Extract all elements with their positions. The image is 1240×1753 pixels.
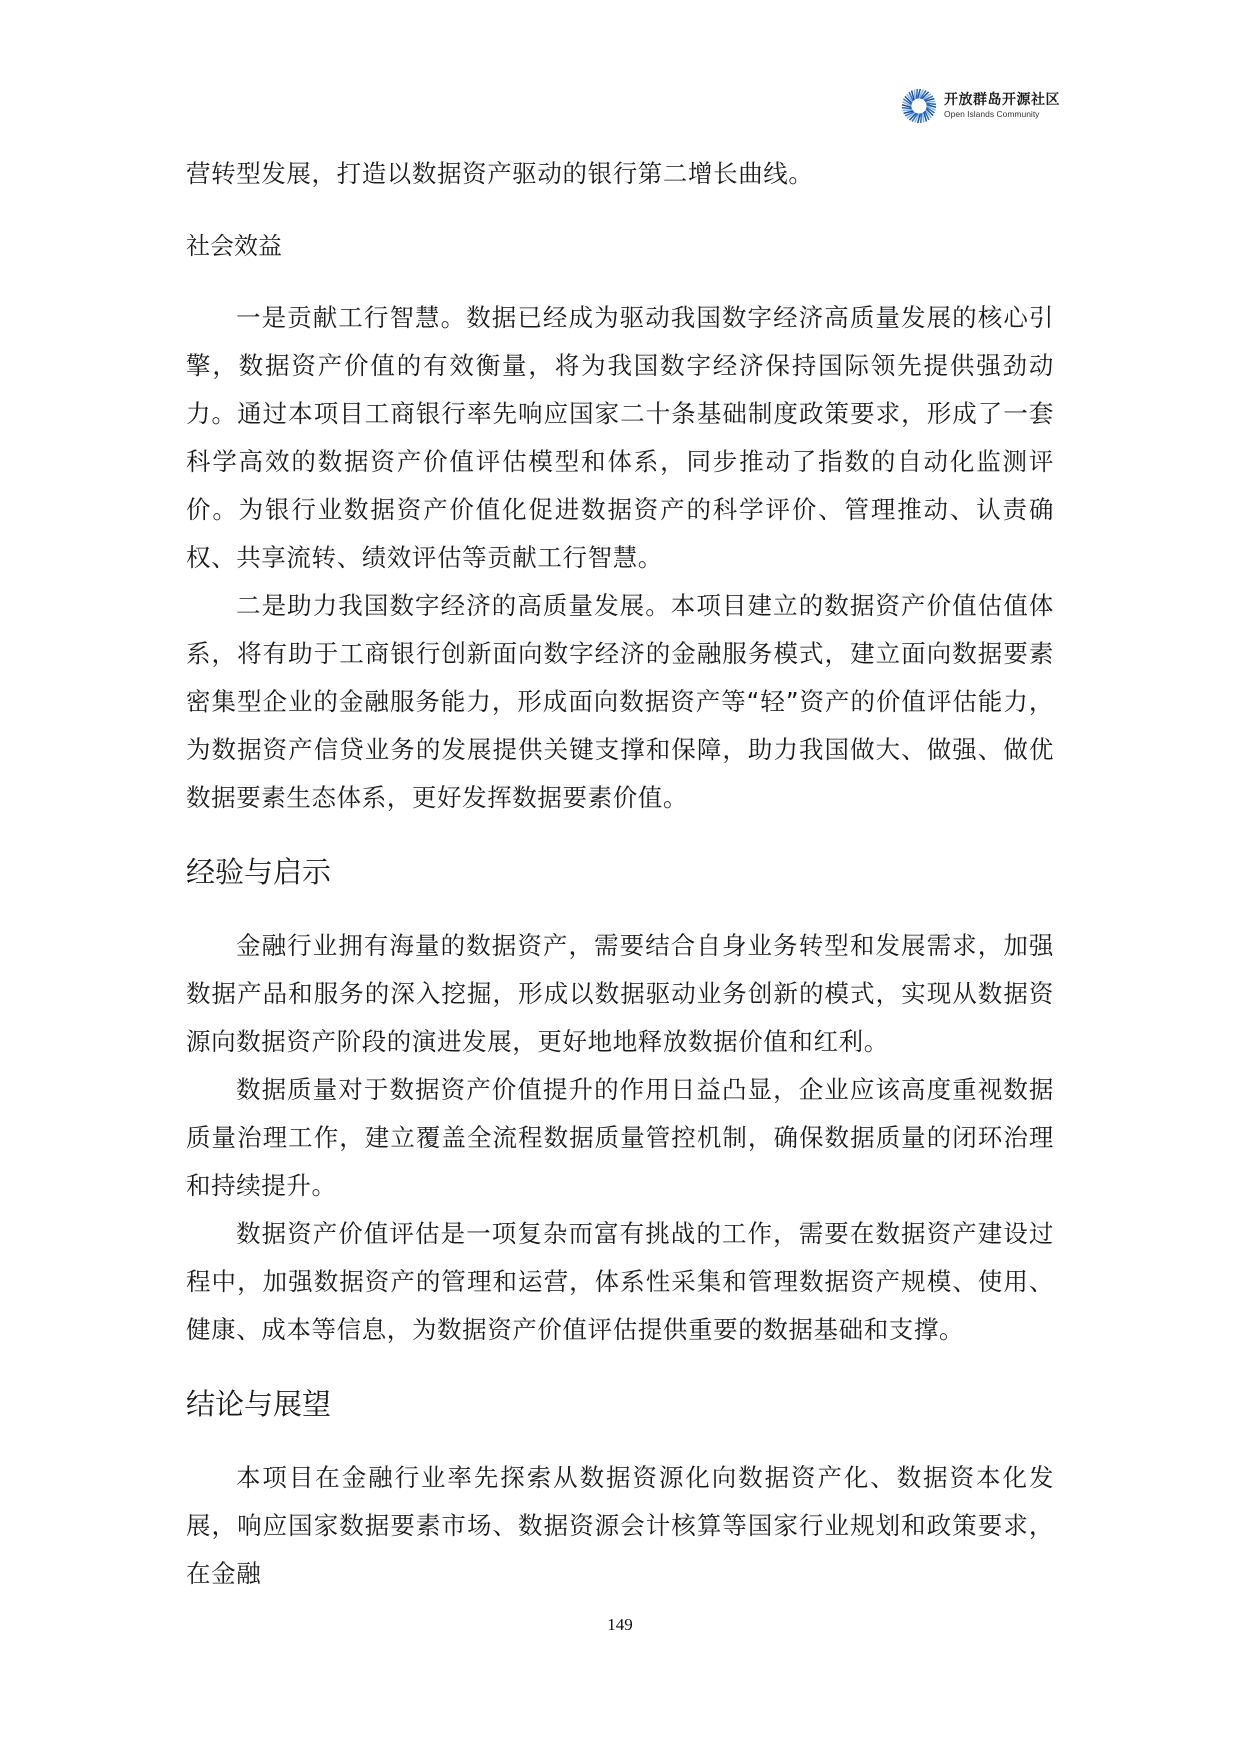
paragraph-financial-industry: 金融行业拥有海量的数据资产，需要结合自身业务转型和发展需求，加强数据产品和服务的… — [186, 922, 1054, 1066]
paragraph-continued: 营转型发展，打造以数据资产驱动的银行第二增长曲线。 — [186, 150, 1054, 198]
paragraph-digital-economy: 二是助力我国数字经济的高质量发展。本项目建立的数据资产价值估值体系，将有助于工商… — [186, 582, 1054, 822]
logo-text: 开放群岛开源社区 Open Islands Community — [944, 93, 1060, 119]
page-number: 149 — [0, 1615, 1240, 1635]
paragraph-conclusion: 本项目在金融行业率先探索从数据资源化向数据资产化、数据资本化发展，响应国家数据要… — [186, 1454, 1054, 1598]
document-body: 营转型发展，打造以数据资产驱动的银行第二增长曲线。 社会效益 一是贡献工行智慧。… — [186, 150, 1054, 1598]
paragraph-asset-valuation: 数据资产价值评估是一项复杂而富有挑战的工作，需要在数据资产建设过程中，加强数据资… — [186, 1210, 1054, 1354]
sunburst-ring-icon — [900, 87, 938, 125]
subheading-social-benefits: 社会效益 — [186, 222, 1054, 270]
paragraph-contribution: 一是贡献工行智慧。数据已经成为驱动我国数字经济高质量发展的核心引擎，数据资产价值… — [186, 294, 1054, 582]
logo-title-en: Open Islands Community — [944, 110, 1060, 119]
section-heading-conclusion: 结论与展望 — [186, 1380, 1054, 1428]
logo-title-cn: 开放群岛开源社区 — [944, 93, 1060, 107]
community-logo: 开放群岛开源社区 Open Islands Community — [900, 86, 1060, 126]
paragraph-data-quality: 数据质量对于数据资产价值提升的作用日益凸显，企业应该高度重视数据质量治理工作，建… — [186, 1066, 1054, 1210]
section-heading-experience: 经验与启示 — [186, 848, 1054, 896]
